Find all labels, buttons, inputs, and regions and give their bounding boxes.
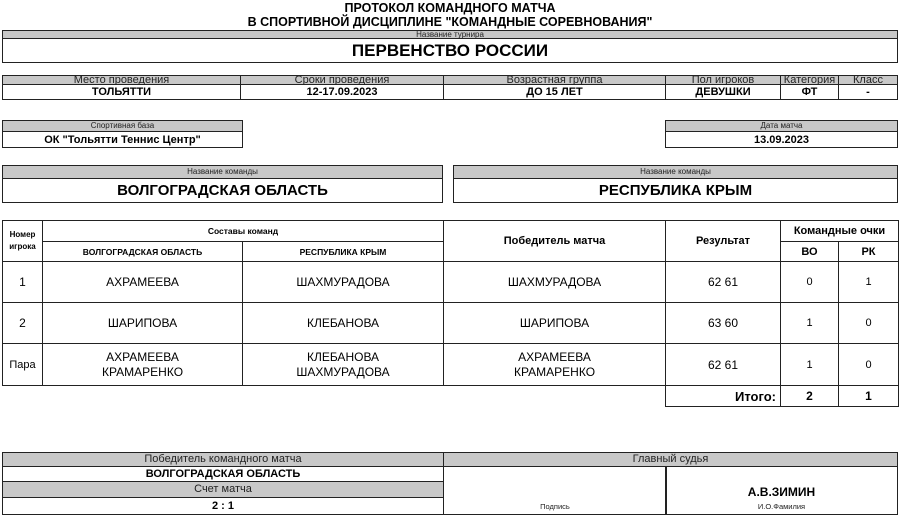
- team-match-winner-label: Победитель командного матча: [2, 452, 444, 467]
- player-number: Пара: [3, 344, 43, 386]
- points-left: 0: [781, 262, 839, 303]
- totals-row: Итого: 2 1: [665, 385, 899, 407]
- points-right: 0: [839, 303, 899, 344]
- match-result: 62 61: [666, 262, 781, 303]
- venue-value: ТОЛЬЯТТИ: [2, 85, 241, 100]
- result-header: Результат: [666, 221, 781, 262]
- team-left-name: ВОЛГОГРАДСКАЯ ОБЛАСТЬ: [2, 179, 443, 203]
- rosters-header: Составы команд: [43, 221, 444, 242]
- category-label: Категория: [780, 75, 839, 85]
- total-right: 1: [839, 386, 899, 407]
- team-points-header: Командные очки: [781, 221, 899, 242]
- roster-right-header: РЕСПУБЛИКА КРЫМ: [243, 242, 444, 262]
- signature-box: Подпись: [443, 466, 667, 515]
- sports-base-label: Спортивная база: [2, 120, 243, 132]
- team-right-name: РЕСПУБЛИКА КРЫМ: [453, 179, 898, 203]
- tournament-name: ПЕРВЕНСТВО РОССИИ: [2, 39, 898, 63]
- match-score-label: Счет матча: [2, 482, 444, 498]
- points-left-header: ВО: [781, 242, 839, 262]
- points-left: 1: [781, 303, 839, 344]
- class-label: Класс: [838, 75, 898, 85]
- player-number-header: Номер игрока: [3, 221, 43, 262]
- points-left: 1: [781, 344, 839, 386]
- match-date-value: 13.09.2023: [665, 132, 898, 148]
- category-value: ФТ: [780, 85, 839, 100]
- points-right: 1: [839, 262, 899, 303]
- age-group-label: Возрастная группа: [443, 75, 666, 85]
- player-right: КЛЕБАНОВА ШАХМУРАДОВА: [243, 344, 444, 386]
- judge-name: А.В.ЗИМИН: [666, 485, 897, 499]
- protocol-title: ПРОТОКОЛ КОМАНДНОГО МАТЧА: [0, 1, 900, 15]
- total-left: 2: [781, 386, 839, 407]
- match-result: 62 61: [666, 344, 781, 386]
- total-label: Итого:: [666, 386, 781, 407]
- age-group-value: ДО 15 ЛЕТ: [443, 85, 666, 100]
- player-left: АХРАМЕЕВА: [43, 262, 243, 303]
- judge-name-label: И.О.Фамилия: [666, 502, 897, 511]
- points-right: 0: [839, 344, 899, 386]
- judge-name-box: А.В.ЗИМИН И.О.Фамилия: [665, 466, 898, 515]
- match-winner-header: Победитель матча: [444, 221, 666, 262]
- player-number: 2: [3, 303, 43, 344]
- player-left: ШАРИПОВА: [43, 303, 243, 344]
- tournament-label: Название турнира: [2, 30, 898, 39]
- player-right: КЛЕБАНОВА: [243, 303, 444, 344]
- match-date-label: Дата матча: [665, 120, 898, 132]
- chief-judge-label: Главный судья: [443, 452, 898, 467]
- match-result: 63 60: [666, 303, 781, 344]
- table-row: Пара АХРАМЕЕВА КРАМАРЕНКО КЛЕБАНОВА ШАХМ…: [3, 344, 899, 386]
- points-right-header: РК: [839, 242, 899, 262]
- signature-label: Подпись: [444, 502, 666, 511]
- venue-label: Место проведения: [2, 75, 241, 85]
- team-match-winner-value: ВОЛГОГРАДСКАЯ ОБЛАСТЬ: [2, 467, 444, 482]
- sports-base-value: ОК "Тольятти Теннис Центр": [2, 132, 243, 148]
- dates-value: 12-17.09.2023: [240, 85, 444, 100]
- player-number: 1: [3, 262, 43, 303]
- player-left: АХРАМЕЕВА КРАМАРЕНКО: [43, 344, 243, 386]
- team-left-label: Название команды: [2, 165, 443, 179]
- table-row: 2 ШАРИПОВА КЛЕБАНОВА ШАРИПОВА 63 60 1 0: [3, 303, 899, 344]
- team-right-label: Название команды: [453, 165, 898, 179]
- class-value: -: [838, 85, 898, 100]
- dates-label: Сроки проведения: [240, 75, 444, 85]
- table-row: 1 АХРАМЕЕВА ШАХМУРАДОВА ШАХМУРАДОВА 62 6…: [3, 262, 899, 303]
- match-score-value: 2 : 1: [2, 498, 444, 515]
- match-winner: ШАХМУРАДОВА: [444, 262, 666, 303]
- player-right: ШАХМУРАДОВА: [243, 262, 444, 303]
- gender-value: ДЕВУШКИ: [665, 85, 781, 100]
- match-winner: АХРАМЕЕВА КРАМАРЕНКО: [444, 344, 666, 386]
- protocol-subtitle: В СПОРТИВНОЙ ДИСЦИПЛИНЕ "КОМАНДНЫЕ СОРЕВ…: [0, 15, 900, 29]
- roster-left-header: ВОЛГОГРАДСКАЯ ОБЛАСТЬ: [43, 242, 243, 262]
- match-winner: ШАРИПОВА: [444, 303, 666, 344]
- match-table: Номер игрока Составы команд Победитель м…: [2, 220, 899, 386]
- gender-label: Пол игроков: [665, 75, 781, 85]
